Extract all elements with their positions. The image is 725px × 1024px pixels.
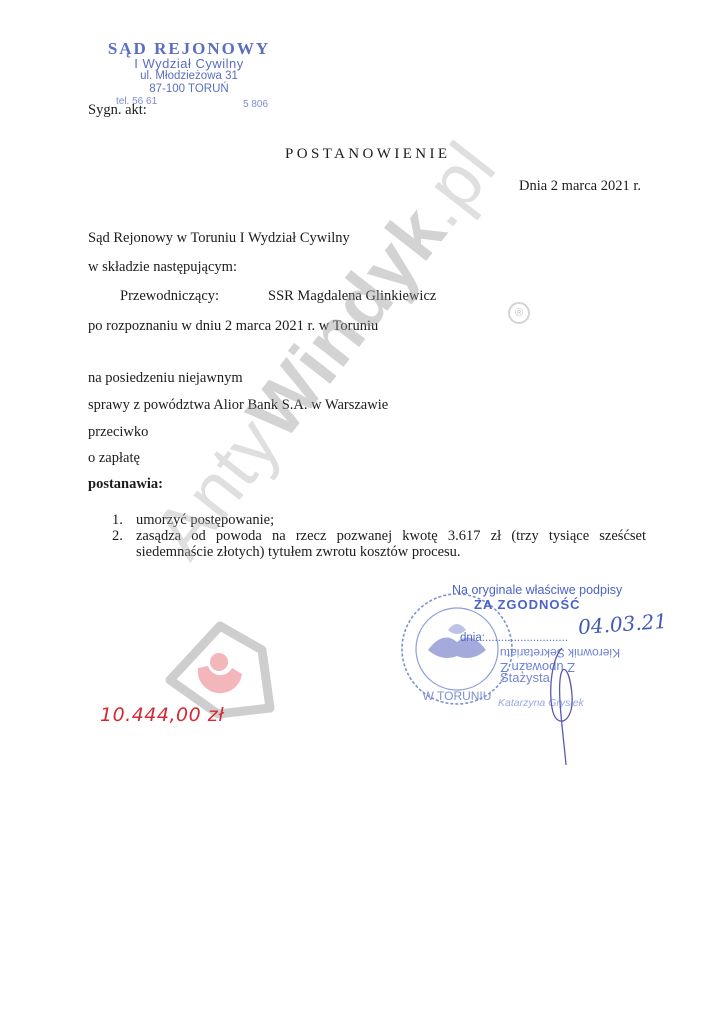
- court-header-stamp: SĄD REJONOWY I Wydział Cywilny ul. Młodz…: [104, 40, 274, 96]
- stamp-conformity: ZA ZGODNOŚĆ: [474, 597, 581, 612]
- handwritten-date: 04.03.21: [577, 609, 668, 639]
- case-reference-label: Sygn. akt:: [88, 102, 147, 119]
- signature-icon: [540, 640, 600, 770]
- court-line: Sąd Rejonowy w Toruniu I Wydział Cywilny: [88, 230, 350, 247]
- watermark-text: AntyWindyk.pl: [137, 126, 513, 574]
- stamp-original-signatures: Na oryginale właściwe podpisy: [452, 583, 622, 597]
- registered-mark-icon: ®: [508, 302, 530, 324]
- composition-label: w składzie następującym:: [88, 259, 237, 276]
- stamp-city: 87-100 TORUŃ: [104, 83, 274, 96]
- stamp-tel-right: 5 806: [243, 99, 268, 110]
- stamp-date-text: dnia:: [460, 632, 485, 644]
- amount-annotation: 10.444,00 zł: [100, 704, 224, 726]
- presiding-label: Przewodniczący:: [120, 288, 219, 305]
- case-subject: o zapłatę: [88, 450, 140, 467]
- stamp-division: I Wydział Cywilny: [104, 57, 274, 70]
- decision-number: 2.: [112, 528, 123, 544]
- decides-label: postanawia:: [88, 476, 163, 493]
- watermark-logo-icon: [158, 618, 278, 718]
- decision-number: 1.: [112, 512, 123, 528]
- court-decision-page: SĄD REJONOWY I Wydział Cywilny ul. Młodz…: [0, 0, 725, 1024]
- document-date: Dnia 2 marca 2021 r.: [519, 178, 641, 195]
- svg-text:W TORUNIU: W TORUNIU: [423, 689, 492, 703]
- stamp-street: ul. Młodzieżowa 31: [104, 70, 274, 83]
- session-line: na posiedzeniu niejawnym: [88, 370, 243, 387]
- against-label: przeciwko: [88, 424, 148, 441]
- stamp-court-name: SĄD REJONOWY: [104, 40, 274, 57]
